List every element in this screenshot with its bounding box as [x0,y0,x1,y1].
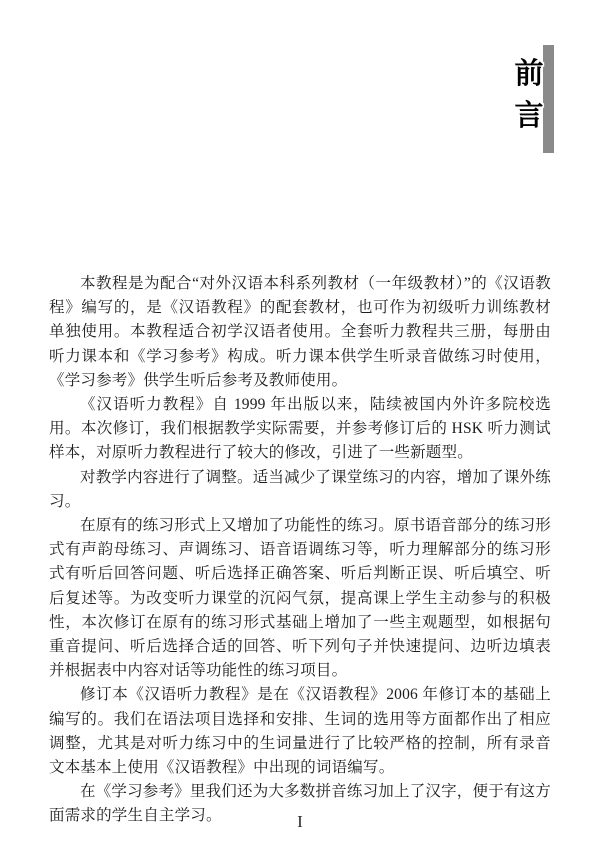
preface-title-char-2: 言 [514,102,543,131]
paragraph-revision-history: 《汉语听力教程》自 1999 年出版以来，陆续被国内外许多院校选用。本次修订，我… [49,393,551,466]
preface-page: 前 言 本教程是为配合“对外汉语本科系列教材（一年级教材）”的《汉语教程》编写的… [0,0,600,854]
page-number: I [0,812,600,832]
preface-title-char-1: 前 [514,60,543,89]
preface-body: 本教程是为配合“对外汉语本科系列教材（一年级教材）”的《汉语教程》编写的，是《汉… [49,272,551,829]
paragraph-overview: 本教程是为配合“对外汉语本科系列教材（一年级教材）”的《汉语教程》编写的，是《汉… [49,272,551,393]
paragraph-exercise-forms: 在原有的练习形式上又增加了功能性的练习。原书语音部分的练习形式有声韵母练习、声调… [49,514,551,683]
paragraph-vocabulary-control: 修订本《汉语听力教程》是在《汉语教程》2006 年修订本的基础上编写的。我们在语… [49,683,551,780]
preface-title: 前 言 [511,60,547,131]
paragraph-content-adjustment: 对教学内容进行了调整。适当减少了课堂练习的内容，增加了课外练习。 [49,466,551,514]
